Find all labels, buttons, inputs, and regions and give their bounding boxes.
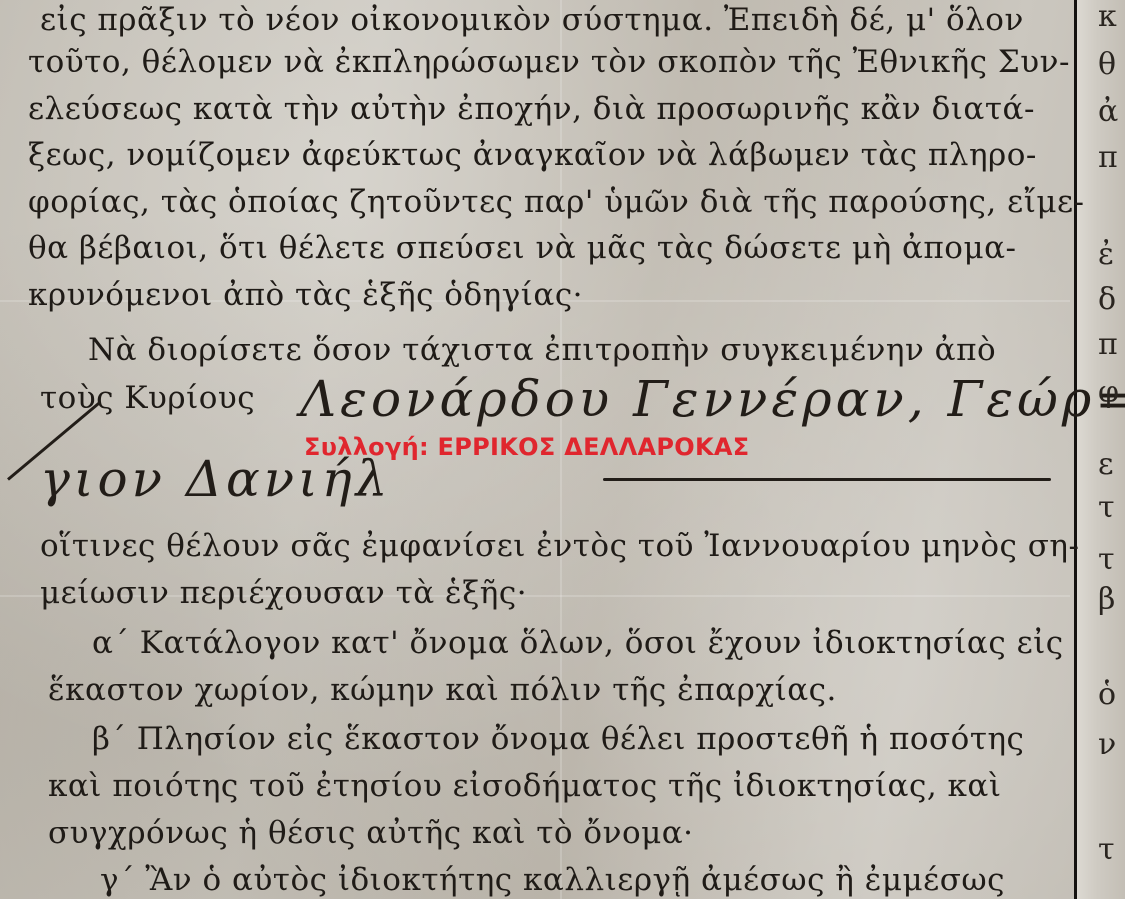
adjacent-column-fragment: π bbox=[1098, 143, 1118, 173]
printed-text-line: ξεως, νομίζομεν ἀφεύκτως ἀναγκαῖον νὰ λά… bbox=[28, 137, 1037, 173]
printed-text-line: γ΄ Ἂν ὁ αὐτὸς ἰδιοκτήτης καλλιεργῇ ἀμέσω… bbox=[100, 862, 1005, 898]
adjacent-column-fragment: π bbox=[1098, 330, 1118, 360]
printed-text-line: τοῦτο, θέλομεν νὰ ἐκπληρώσωμεν τὸν σκοπὸ… bbox=[28, 44, 1070, 80]
adjacent-column-fragment: τ bbox=[1098, 493, 1115, 523]
adjacent-column-fragment: ὁ bbox=[1098, 680, 1116, 710]
adjacent-column-fragment: τ bbox=[1098, 835, 1115, 865]
printed-text-line: συγχρόνως ἡ θέσις αὐτῆς καὶ τὸ ὄνομα· bbox=[48, 815, 694, 851]
printed-text-line: θα βέβαιοι, ὅτι θέλετε σπεύσει νὰ μᾶς τὰ… bbox=[28, 230, 1017, 266]
adjacent-column-fragment: θ bbox=[1098, 50, 1116, 80]
adjacent-column-fragment: ἀ bbox=[1098, 97, 1118, 127]
printed-text-line: μείωσιν περιέχουσαν τὰ ἑξῆς· bbox=[40, 575, 527, 611]
adjacent-column-fragment: φ bbox=[1098, 378, 1119, 408]
printed-text-line: οἵτινες θέλουν σᾶς ἐμφανίσει ἐντὸς τοῦ Ἰ… bbox=[40, 528, 1079, 564]
adjacent-column-fragment: κ bbox=[1098, 2, 1117, 32]
printed-text-line: α΄ Κατάλογον κατ' ὄνομα ὅλων, ὅσοι ἔχουν… bbox=[92, 625, 1064, 661]
printed-text-line: κρυνόμενοι ἀπὸ τὰς ἑξῆς ὁδηγίας· bbox=[28, 277, 583, 313]
column-rule bbox=[1074, 0, 1077, 899]
printed-text-line: τοὺς Κυρίους bbox=[40, 380, 255, 416]
collection-watermark: Συλλογή: ΕΡΡΙΚΟΣ ΔΕΛΛΑΡΟΚΑΣ bbox=[304, 433, 749, 461]
printed-text-line: εἰς πρᾶξιν τὸ νέον οἰκονομικὸν σύστημα. … bbox=[40, 2, 1024, 38]
printed-text-line: ελεύσεως κατὰ τὴν αὐτὴν ἐποχήν, διὰ προσ… bbox=[28, 91, 1035, 127]
adjacent-column-fragment: ν bbox=[1098, 730, 1116, 760]
printed-text-line: Νὰ διορίσετε ὅσον τάχιστα ἐπιτροπὴν συγκ… bbox=[88, 332, 996, 368]
adjacent-column-fragment: τ bbox=[1098, 545, 1115, 575]
adjacent-column-fragment: δ bbox=[1098, 285, 1116, 315]
handwritten-underline bbox=[603, 478, 1051, 481]
adjacent-column-fragment: ε bbox=[1098, 450, 1114, 480]
printed-text-line: καὶ ποιότης τοῦ ἐτησίου εἰσοδήματος τῆς … bbox=[48, 768, 1002, 804]
printed-text-line: β΄ Πλησίον εἰς ἕκαστον ὄνομα θέλει προστ… bbox=[92, 721, 1024, 757]
printed-text-line: ἕκαστον χωρίον, κώμην καὶ πόλιν τῆς ἐπαρ… bbox=[48, 672, 837, 708]
handwritten-names: Λεονάρδου Γεννέραν, Γεώρ= bbox=[300, 370, 1125, 428]
printed-text-line: φορίας, τὰς ὁποίας ζητοῦντες παρ' ὑμῶν δ… bbox=[28, 184, 1085, 220]
adjacent-column-fragment: ἐ bbox=[1098, 240, 1114, 270]
adjacent-column-fragment: β bbox=[1098, 585, 1115, 615]
